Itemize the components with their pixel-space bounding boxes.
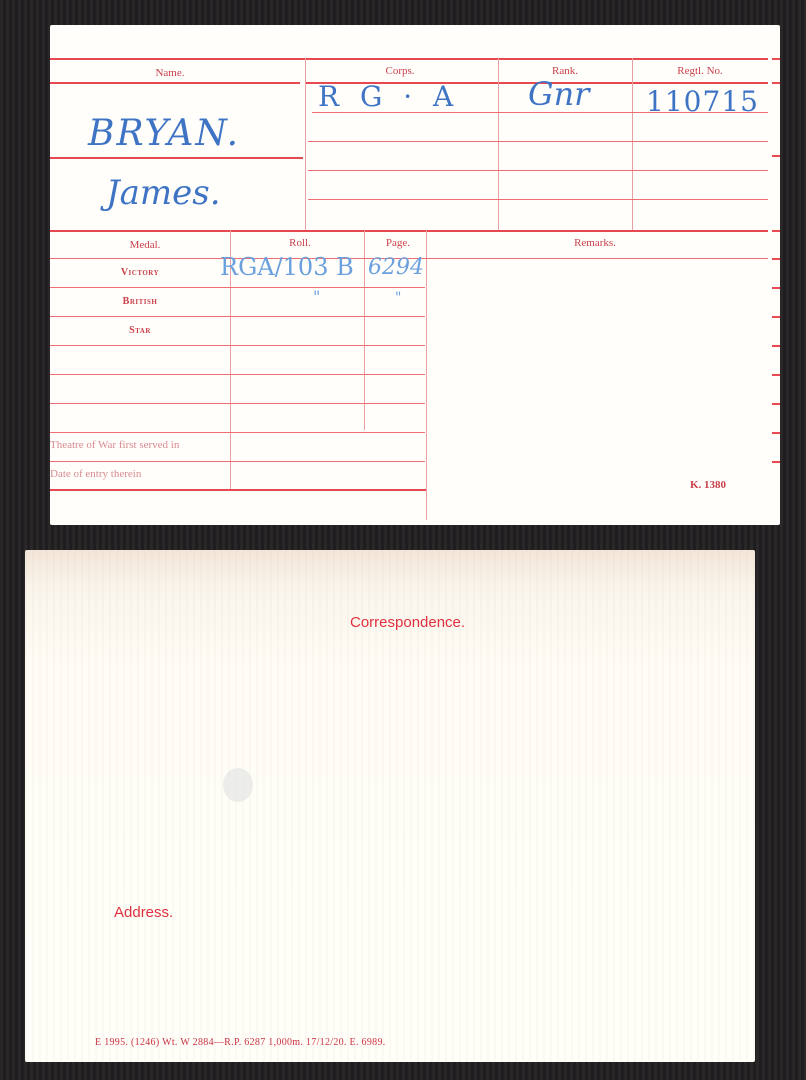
rule-line — [308, 170, 768, 171]
column-divider — [632, 58, 633, 230]
roll-entry: RGA/103 B — [220, 253, 354, 281]
rule-line — [308, 141, 768, 142]
column-divider — [426, 230, 427, 520]
form-number: K. 1380 — [690, 479, 726, 491]
medal-british-label: British — [90, 296, 190, 307]
medal-index-card-front: Name. Corps. Rank. Regtl. No. BRYAN. Jam… — [50, 25, 780, 525]
remarks-column-label: Remarks. — [520, 237, 670, 249]
medal-index-card-back: Correspondence. Address. E 1995. (1246) … — [25, 550, 755, 1062]
page-entry: 6294 — [368, 255, 424, 280]
theatre-of-war-label: Theatre of War first served in — [50, 439, 179, 451]
edge-tick — [772, 316, 780, 318]
rule-line — [50, 403, 425, 404]
column-divider — [364, 230, 365, 430]
edge-tick — [772, 230, 780, 232]
correspondence-heading: Correspondence. — [350, 614, 465, 631]
edge-tick — [772, 374, 780, 376]
rule-line — [50, 432, 425, 433]
medal-star-label: Star — [90, 325, 190, 336]
edge-tick — [772, 258, 780, 260]
edge-tick — [772, 58, 780, 60]
address-heading: Address. — [114, 904, 173, 921]
edge-tick — [772, 82, 780, 84]
column-divider — [498, 58, 499, 230]
edge-tick — [772, 345, 780, 347]
roll-ditto-mark: " — [313, 287, 320, 306]
edge-tick — [772, 432, 780, 434]
edge-tick — [772, 155, 780, 157]
medal-victory-label: Victory — [90, 267, 190, 278]
column-divider — [305, 58, 306, 230]
edge-tick — [772, 461, 780, 463]
page-ditto-mark: " — [395, 290, 401, 306]
regtl-no-entry: 110715 — [646, 85, 759, 118]
paper-smudge — [223, 768, 253, 802]
regtl-no-column-label: Regtl. No. — [640, 65, 760, 77]
rule-line — [308, 199, 768, 200]
forename-entry: James. — [106, 173, 221, 213]
edge-tick — [772, 403, 780, 405]
rule-line — [50, 374, 425, 375]
rule-line — [50, 230, 768, 232]
corps-column-label: Corps. — [340, 65, 460, 77]
corps-entry: R G · A — [318, 80, 459, 113]
rule-line — [50, 316, 425, 317]
rule-line — [50, 287, 425, 288]
rank-entry: Gnr — [528, 75, 589, 113]
roll-column-label: Roll. — [265, 237, 335, 249]
date-of-entry-label: Date of entry therein — [50, 468, 141, 480]
page-column-label: Page. — [368, 237, 428, 249]
surname-entry: BRYAN. — [88, 113, 240, 154]
rule-line — [50, 82, 300, 84]
printer-footer: E 1995. (1246) Wt. W 2884—R.P. 6287 1,00… — [95, 1037, 386, 1048]
edge-tick — [772, 287, 780, 289]
rule-line — [50, 461, 425, 462]
rule-line — [50, 345, 425, 346]
name-column-label: Name. — [110, 67, 230, 79]
rule-line — [50, 489, 426, 491]
rule-line — [50, 157, 303, 159]
medal-column-label: Medal. — [100, 239, 190, 251]
rule-line — [50, 58, 768, 60]
